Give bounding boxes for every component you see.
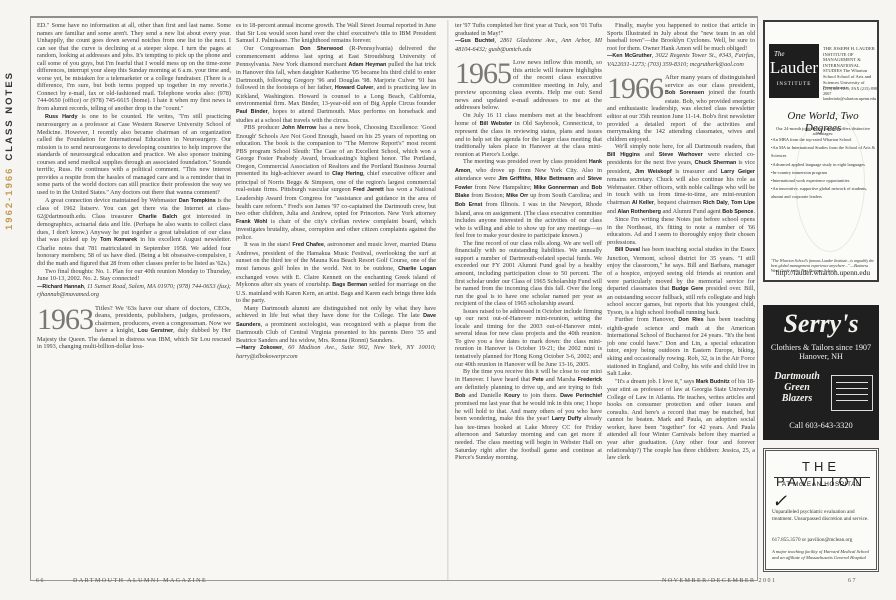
paragraph: Issues raised to be addressed in October… bbox=[455, 308, 602, 368]
list-item: An innovative, supportive global network… bbox=[771, 185, 875, 201]
paragraph: Finally, maybe you happened to notice th… bbox=[607, 22, 755, 52]
paragraph: The fine record of our class rolls along… bbox=[455, 240, 602, 308]
lauder-institute-ad[interactable]: The Lauder INSTITUTE THE JOSEPH H. LAUDE… bbox=[763, 20, 879, 282]
pavilion-mclean-ad[interactable]: THE PAVILION AT McLEAN HOSPITAL ✓ Unpara… bbox=[763, 448, 879, 572]
class-year-section-1965: 1965Low news inflow this month, so this … bbox=[455, 59, 602, 112]
class-year-section-1966: 1966After many years of distinguished se… bbox=[607, 74, 755, 143]
lauder-benefits-list: An MBA from the top-rated Wharton School… bbox=[771, 136, 875, 202]
lauder-url-link[interactable]: http://lauder.wharton.upenn.edu bbox=[767, 268, 879, 277]
paragraph: A great connection device maintained by … bbox=[37, 197, 231, 268]
paragraph: Bill Duval has been teaching social stud… bbox=[607, 246, 755, 316]
serrys-subtitle: Clothiers & Tailors since 1907 Hanover, … bbox=[763, 343, 879, 361]
serrys-product: Dartmouth Green Blazers bbox=[769, 371, 825, 404]
divider bbox=[774, 477, 870, 478]
paragraph: ter '97 Tufts completed her first year a… bbox=[455, 22, 602, 37]
paragraph: Since I'm writing these Notes just befor… bbox=[607, 216, 755, 246]
classmate-name: Tom Komarek bbox=[100, 237, 137, 243]
paragraph: On July 16 11 class members met at the b… bbox=[455, 112, 602, 158]
list-item: An MA in International Studies from the … bbox=[771, 144, 875, 160]
pavilion-description: Unparalleled psychiatric evaluation and … bbox=[772, 509, 874, 522]
serrys-ad[interactable]: Serry's Clothiers & Tailors since 1907 H… bbox=[763, 305, 879, 440]
paragraph: The meeting was presided over by class p… bbox=[455, 158, 602, 239]
paragraph: Our Congressman Don Sherwood (R-Pennsylv… bbox=[236, 45, 436, 124]
paragraph: By the time you receive this it will be … bbox=[455, 368, 602, 462]
list-item: International work experience opportunit… bbox=[771, 177, 875, 185]
class-secretary-signature: —Ken McGruther, 3022 Regents Tower St., … bbox=[607, 52, 755, 68]
year-heading: 1966 bbox=[607, 76, 663, 102]
list-item: An MBA from the top-rated Wharton School bbox=[771, 136, 875, 144]
list-item: In-country immersion program bbox=[771, 169, 875, 177]
page-gutter bbox=[447, 20, 449, 580]
paragraph: Many Dartmouth alumni are distinguished … bbox=[236, 305, 436, 345]
column-3: ter '97 Tufts completed her first year a… bbox=[455, 22, 602, 462]
pavilion-affiliation: A major teaching facility of Harvard Med… bbox=[772, 549, 874, 560]
serrys-phone: Call 603-643-3320 bbox=[763, 421, 879, 430]
paragraph: Further from Hanover, Don Ries has been … bbox=[607, 316, 755, 377]
paragraph: It was in the stars! Fred Chafee, astron… bbox=[236, 241, 436, 304]
issue-date: NOVEMBER/DECEMBER 2001 bbox=[662, 578, 777, 584]
year-heading: 1965 bbox=[455, 61, 511, 87]
paragraph: PBS producer John Merrow has a new book,… bbox=[236, 124, 436, 241]
paragraph: ED." Some have no information at all, ot… bbox=[37, 22, 231, 113]
paragraph: es to 18-percent annual income growth. T… bbox=[236, 22, 436, 45]
paragraph: Two final thoughts: No. 1. Plan for our … bbox=[37, 268, 231, 283]
magazine-title: DARTMOUTH ALUMNI MAGAZINE bbox=[73, 578, 207, 584]
column-2: es to 18-percent annual income growth. T… bbox=[236, 22, 436, 361]
section-side-label: 1962-1966CLASS NOTES bbox=[4, 30, 24, 230]
storefront-illustration-icon bbox=[831, 375, 873, 411]
column-4: Finally, maybe you happened to notice th… bbox=[607, 22, 755, 462]
classmate-name: Charlie Balch bbox=[139, 214, 178, 220]
serrys-logo: Serry's bbox=[763, 309, 879, 339]
paragraph: Russ Hardy is one to be counted. He writ… bbox=[37, 113, 231, 197]
list-item: Advanced applied language study in eight… bbox=[771, 161, 875, 169]
column-1: ED." Some have no information at all, ot… bbox=[37, 22, 231, 351]
magazine-spread: 1962-1966CLASS NOTES ED." Some have no i… bbox=[0, 0, 896, 600]
class-secretary-signature: —Gus Buchtel, 2861 Gladstone Ave., Ann A… bbox=[455, 37, 602, 53]
class-secretary-signature: —Harry Zokower, 60 Madison Ave., Suite 9… bbox=[236, 344, 436, 360]
page-number-right: 67 bbox=[848, 578, 857, 584]
pavilion-subtitle: AT McLEAN HOSPITAL bbox=[766, 481, 876, 488]
classmate-name: Russ Hardy bbox=[45, 114, 77, 120]
lauder-subtitle: Our 24-month joint-degree program offers… bbox=[769, 126, 877, 136]
class-secretary-signature: —Richard Hannah, 11 Sunset Road, Salem, … bbox=[37, 283, 231, 299]
side-label-section: CLASS NOTES bbox=[4, 71, 15, 161]
paragraph: "It's a dream job. I love it," says Mark… bbox=[607, 378, 755, 462]
pavilion-contact: 617.855.3570 or pavilion@mclean.org bbox=[772, 537, 874, 543]
lauder-logo: The Lauder INSTITUTE bbox=[769, 44, 819, 98]
class-year-section-1963: 1963Titles? We '63s have our share of do… bbox=[37, 305, 231, 351]
page-number-left: 66 bbox=[36, 578, 45, 584]
lauder-contact: (215) 898-1215; FAX (215) 898-2067 laude… bbox=[823, 86, 879, 102]
lauder-institution-info: THE JOSEPH H. LAUDER INSTITUTE OF MANAGE… bbox=[823, 46, 879, 91]
side-label-years: 1962-1966 bbox=[4, 167, 15, 230]
paragraph: We'll simply note here, for all Dartmout… bbox=[607, 143, 755, 216]
year-heading: 1963 bbox=[37, 307, 93, 333]
classmate-name: Lou Gerstner bbox=[138, 328, 173, 334]
classmate-name: Dan Tompkins bbox=[179, 198, 216, 204]
